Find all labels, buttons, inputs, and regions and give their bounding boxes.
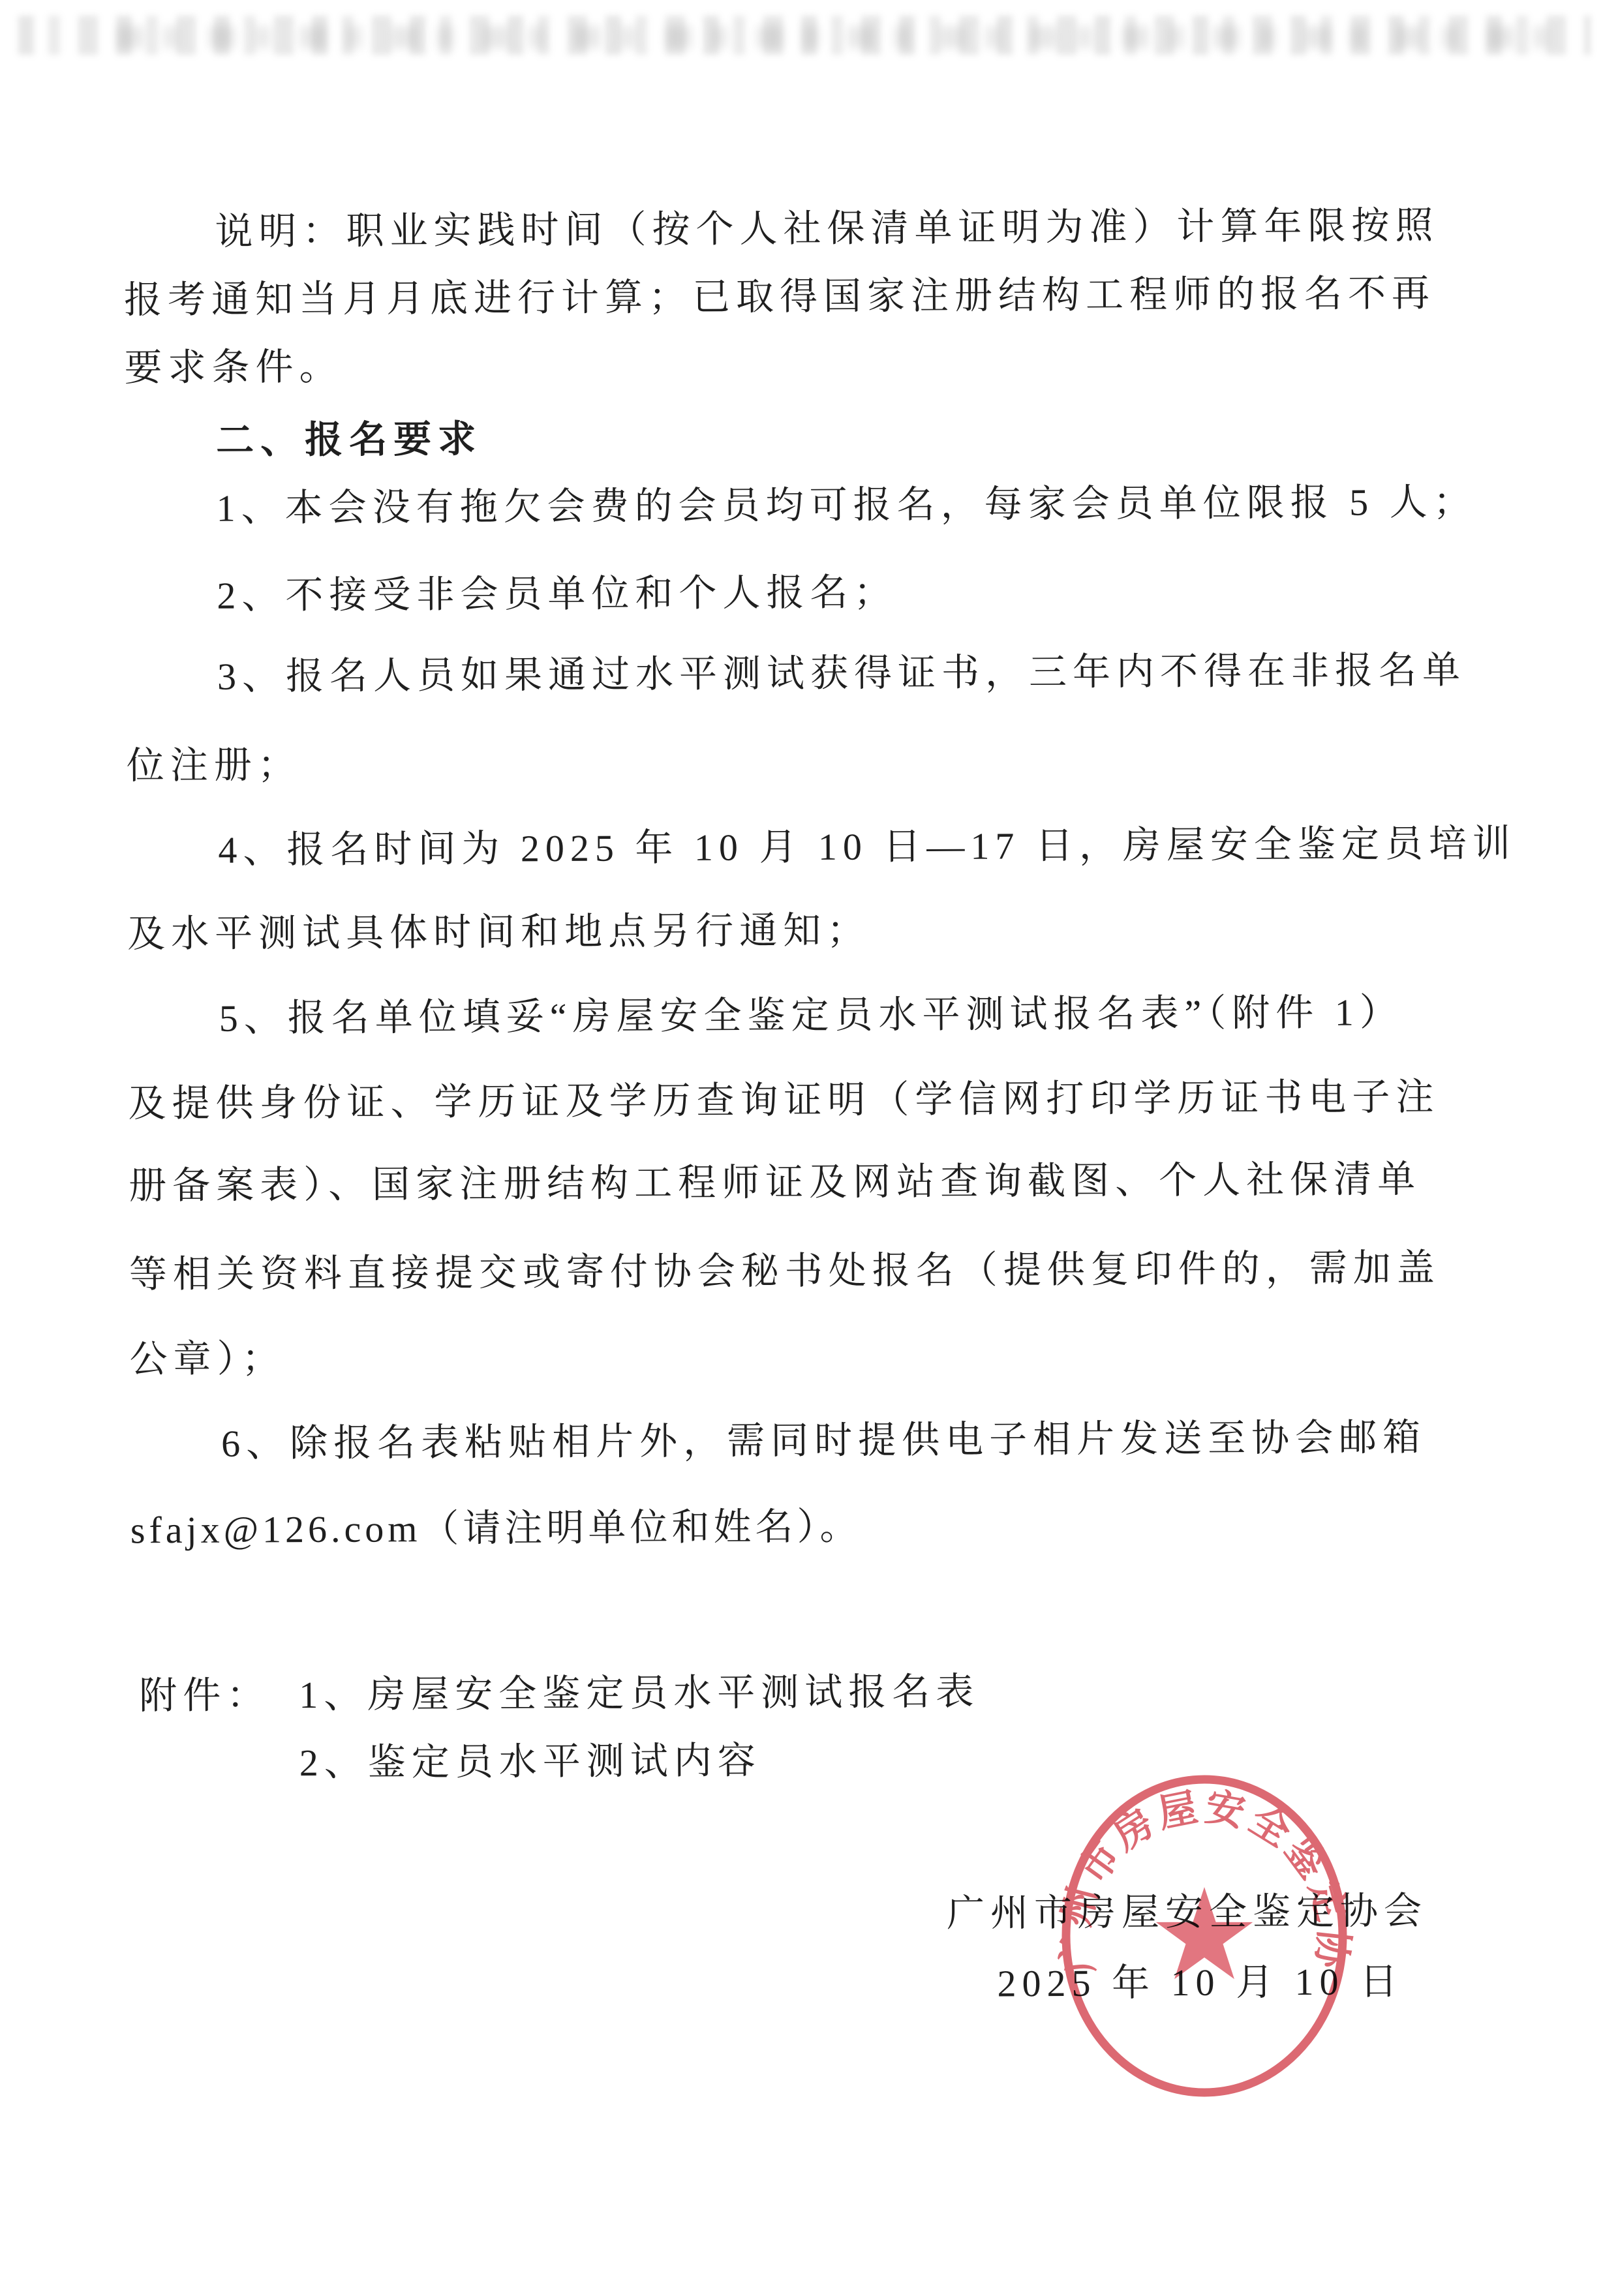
document-page: 说明：职业实践时间（按个人社保清单证明为准）计算年限按照 报考通知当月月底进行计… [0,0,1618,2296]
attachment-item: 2、鉴定员水平测试内容 [299,1739,761,1785]
list-item-line: sfajx@126.com（请注明单位和姓名）。 [130,1505,862,1553]
list-item-line: 位注册； [127,744,301,788]
list-item-line: 6、除报名表粘贴相片外，需同时提供电子相片发送至协会邮箱 [221,1416,1426,1466]
list-item-line: 3、报名人员如果通过水平测试获得证书，三年内不得在非报名单 [217,649,1466,699]
attachment-item: 1、房屋安全鉴定员水平测试报名表 [299,1670,979,1717]
list-item-line: 4、报名时间为 2025 年 10 月 10 日—17 日，房屋安全鉴定员培训 [218,822,1516,872]
list-item-line: 及提供身份证、学历证及学历查询证明（学信网打印学历证书电子注 [128,1076,1439,1126]
intro-line: 要求条件。 [124,346,343,390]
intro-line: 说明：职业实践时间（按个人社保清单证明为准）计算年限按照 [215,204,1439,254]
attachments-label: 附件： [139,1674,270,1718]
list-item-line: 等相关资料直接提交或寄付协会秘书处报名（提供复印件的，需加盖 [129,1246,1441,1297]
seal-star-icon [1156,1887,1253,1979]
intro-line: 报考通知当月月底进行计算；已取得国家注册结构工程师的报名不再 [124,272,1435,322]
list-item-line: 2、不接受非会员单位和个人报名； [217,571,897,618]
official-seal: 广州市房屋安全鉴定协会 [1056,1772,1354,2103]
section-heading: 二、报名要求 [216,418,482,463]
document-body: 说明：职业实践时间（按个人社保清单证明为准）计算年限按照 报考通知当月月底进行计… [0,0,1618,2296]
list-item-line: 1、本会没有拖欠会费的会员均可报名，每家会员单位限报 5 人； [217,481,1477,531]
list-item-line: 册备案表）、国家注册结构工程师证及网站查询截图、个人社保清单 [129,1158,1421,1208]
list-item-line: 公章）； [129,1337,285,1382]
list-item-line: 5、报名单位填妥“房屋安全鉴定员水平测试报名表”（附件 1） [219,991,1403,1040]
list-item-line: 及水平测试具体时间和地点另行通知； [127,909,870,957]
